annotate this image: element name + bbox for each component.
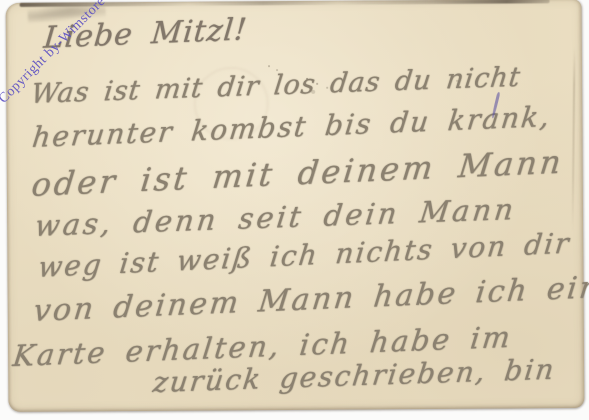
paper-crease xyxy=(572,47,576,232)
scanned-postcard-image: Liebe Mitzl! Was ist mit dir los das du … xyxy=(0,0,589,420)
letter-line-1: Was ist mit dir los das du nicht xyxy=(29,62,522,110)
postcard-paper: Liebe Mitzl! Was ist mit dir los das du … xyxy=(6,0,585,412)
